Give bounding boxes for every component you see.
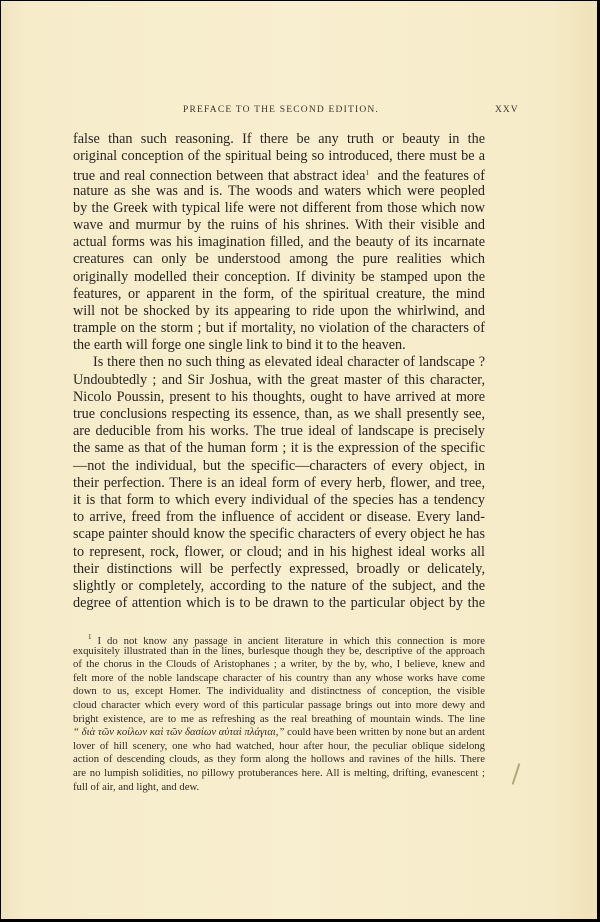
body-line: the same as that of the human form ; it …: [73, 440, 485, 457]
footnote-line: down to us, except Homer. The individual…: [73, 685, 485, 699]
body-line: creatures can only be understood among t…: [73, 251, 485, 268]
body-line: will not be shocked by its appearing to …: [73, 303, 485, 320]
footnote-line: felt more of the noble landscape charact…: [73, 672, 485, 686]
body-line: false than such reasoning. If there be a…: [73, 131, 485, 148]
body-line: features, or apparent in the form, of th…: [73, 286, 485, 303]
footnote-line-text: could have been written by none but an a…: [287, 726, 485, 738]
body-line: originally modelled their conception. If…: [73, 269, 485, 286]
body-line: to arrive, freed from the influence of a…: [73, 509, 485, 526]
body-line: are deducible from his works. The true i…: [73, 423, 485, 440]
body-line: by the Greek with typical life were not …: [73, 200, 485, 217]
body-line: actual forms was his imagination filled,…: [73, 234, 485, 251]
footnote-line: are no lumpish solidities, no pillowy pr…: [73, 767, 485, 781]
body-line-with-note: true and real connection between that ab…: [73, 165, 485, 182]
body-line: their distinctions will be perfectly exp…: [73, 561, 485, 578]
footnote: 1 I do not know any passage in ancient l…: [73, 631, 485, 794]
book-page: PREFACE TO THE SECOND EDITION. XXV false…: [1, 1, 597, 919]
running-title: PREFACE TO THE SECOND EDITION.: [183, 105, 379, 115]
footnote-line: of the chorus in the Clouds of Aristopha…: [73, 658, 485, 672]
page-number: XXV: [495, 105, 519, 115]
body-line: Undoubtedly ; and Sir Joshua, with the g…: [73, 372, 485, 389]
greek-quote: “ διὰ τῶν κοίλων καὶ τῶν δασίων αὐταὶ πλ…: [73, 726, 284, 738]
body-line: nature as she was and is. The woods and …: [73, 183, 485, 200]
footnote-line-with-greek: “ διὰ τῶν κοίλων καὶ τῶν δασίων αὐταὶ πλ…: [73, 726, 485, 740]
body-line-text: true and real connection between that ab…: [73, 168, 365, 184]
body-line: scape painter should know the specific c…: [73, 526, 485, 543]
footnote-line: action of descending clouds, as they for…: [73, 753, 485, 767]
footnote-reference[interactable]: 1: [365, 169, 369, 177]
footnote-line: bright existence, are to me as refreshin…: [73, 713, 485, 727]
footnote-line: 1 I do not know any passage in ancient l…: [73, 631, 485, 645]
body-line: wave and murmur by the ruins of his shri…: [73, 217, 485, 234]
body-line: it is that form to which every individua…: [73, 492, 485, 509]
body-line: Is there then no such thing as elevated …: [73, 354, 485, 371]
body-line: trample on the storm ; but if mortality,…: [73, 320, 485, 337]
footnote-line: lover of hill scenery, one who had watch…: [73, 740, 485, 754]
body-line: to represent, rock, flower, or cloud; an…: [73, 544, 485, 561]
body-line: Nicolo Poussin, present to his thoughts,…: [73, 389, 485, 406]
footnote-marker: 1: [88, 633, 92, 641]
body-line: original conception of the spiritual bei…: [73, 148, 485, 165]
body-line-tail: and the features of: [378, 168, 485, 184]
body-line: true conclusions respecting its essence,…: [73, 406, 485, 423]
body-line: slightly or completely, according to the…: [73, 578, 485, 595]
body-line: degree of attention which is to be drawn…: [73, 595, 485, 612]
footnote-line: exquisitely illustrated than in the line…: [73, 645, 485, 659]
footnote-line: full of air, and light, and dew.: [73, 781, 485, 795]
body-line: the earth will forge one single link to …: [73, 337, 485, 354]
footnote-line: cloud character which every word of this…: [73, 699, 485, 713]
body-text: false than such reasoning. If there be a…: [73, 131, 485, 612]
body-line: their perfection. There is an ideal form…: [73, 475, 485, 492]
body-line: —not the individual, but the specific—ch…: [73, 458, 485, 475]
running-head: PREFACE TO THE SECOND EDITION. XXV: [183, 105, 573, 115]
pencil-mark: [512, 763, 521, 785]
